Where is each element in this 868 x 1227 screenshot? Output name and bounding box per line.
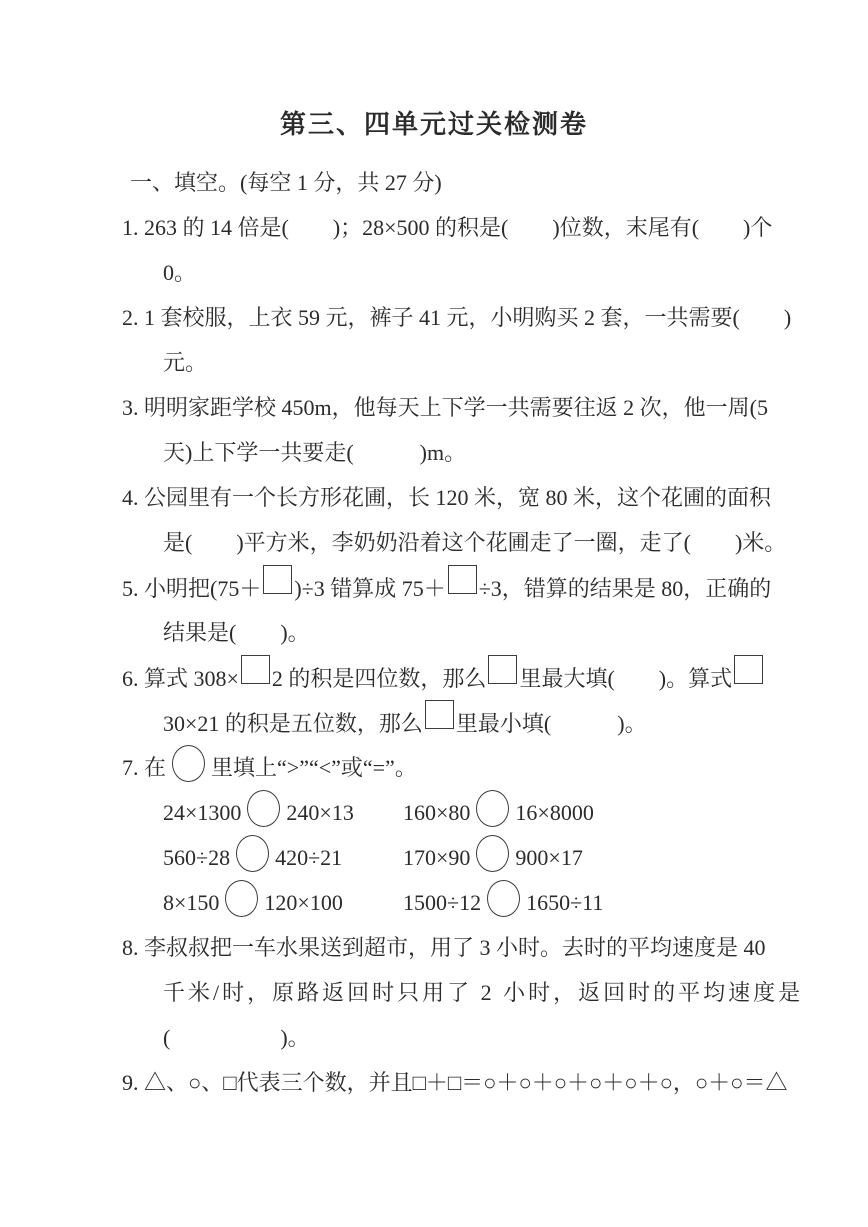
q6-line: 30×21 的积是五位数，那么里最小填( )。 xyxy=(122,700,802,745)
q7-line: 24×1300240×13160×8016×8000 xyxy=(122,790,802,835)
q3-line: 天)上下学一共要走( )m。 xyxy=(122,430,802,475)
comparison-cell: 1500÷121650÷11 xyxy=(403,880,603,925)
text-run: 千米/时，原路返回时只用了 2 小时，返回时的平均速度是 xyxy=(163,980,803,1005)
text-run: 2. 1 套校服，上衣 59 元，裤子 41 元，小明购买 2 套，一共需要( … xyxy=(122,305,791,330)
q1-line: 1. 263 的 14 倍是( )；28×500 的积是( )位数，末尾有( )… xyxy=(122,205,802,250)
text-run: 结果是( )。 xyxy=(163,620,310,645)
text-run: 里最小填( )。 xyxy=(456,711,647,736)
answer-box xyxy=(425,700,454,729)
comparison-cell: 8×150120×100 xyxy=(163,880,403,925)
q6-line: 6. 算式 308×2 的积是四位数，那么里最大填( )。算式 xyxy=(122,655,802,700)
text-run: 里最大填( )。算式 xyxy=(519,666,732,691)
q1-line: 0。 xyxy=(122,250,802,295)
q7-line: 8×150120×1001500÷121650÷11 xyxy=(122,880,802,925)
q7-line: 7. 在里填上“>”“<”或“=”。 xyxy=(122,745,802,790)
text-run: ÷3，错算的结果是 80，正确的 xyxy=(479,576,772,601)
text-run: 3. 明明家距学校 450m，他每天上下学一共需要往返 2 次，他一周(5 xyxy=(122,395,768,420)
answer-box xyxy=(263,565,292,594)
text-run: 6. 算式 308× xyxy=(122,666,239,691)
text-run: 16×8000 xyxy=(515,800,593,825)
answer-box xyxy=(241,655,270,684)
q9-line: 9. △、○、□代表三个数，并且□＋□＝○＋○＋○＋○＋○＋○，○＋○＝△ xyxy=(122,1060,802,1105)
text-run: ( )。 xyxy=(163,1025,310,1050)
text-run: 里填上“>”“<”或“=”。 xyxy=(211,755,417,780)
q8-line: 千米/时，原路返回时只用了 2 小时，返回时的平均速度是 xyxy=(122,970,802,1015)
q4-line: 是( )平方米，李奶奶沿着这个花圃走了一圈，走了( )米。 xyxy=(122,520,802,565)
q8-line: ( )。 xyxy=(122,1015,802,1060)
comparison-cell: 24×1300240×13 xyxy=(163,790,403,835)
answer-box xyxy=(448,565,477,594)
compare-circle xyxy=(476,790,509,827)
text-run: 8×150 xyxy=(163,890,219,915)
compare-circle xyxy=(476,835,509,872)
section-heading: 一、填空。(每空 1 分，共 27 分) xyxy=(122,160,802,205)
question-list: 1. 263 的 14 倍是( )；28×500 的积是( )位数，末尾有( )… xyxy=(122,205,802,1105)
comparison-cell: 560÷28420÷21 xyxy=(163,835,403,880)
text-run: 120×100 xyxy=(264,890,342,915)
q7-line: 560÷28420÷21170×90900×17 xyxy=(122,835,802,880)
text-run: 是( )平方米，李奶奶沿着这个花圃走了一圈，走了( )米。 xyxy=(163,530,786,555)
text-run: 9. △、○、□代表三个数，并且□＋□＝○＋○＋○＋○＋○＋○，○＋○＝△ xyxy=(122,1070,787,1095)
q3-line: 3. 明明家距学校 450m，他每天上下学一共需要往返 2 次，他一周(5 xyxy=(122,385,802,430)
q5-line: 结果是( )。 xyxy=(122,610,802,655)
text-run: 0。 xyxy=(163,260,196,285)
q4-line: 4. 公园里有一个长方形花圃，长 120 米，宽 80 米，这个花圃的面积 xyxy=(122,475,802,520)
text-run: 2 的积是四位数，那么 xyxy=(272,666,487,691)
q2-line: 2. 1 套校服，上衣 59 元，裤子 41 元，小明购买 2 套，一共需要( … xyxy=(122,295,802,340)
text-run: 7. 在 xyxy=(122,755,166,780)
text-run: 420÷21 xyxy=(275,845,342,870)
text-run: 560÷28 xyxy=(163,845,230,870)
comparison-cell: 160×8016×8000 xyxy=(403,790,594,835)
text-run: 30×21 的积是五位数，那么 xyxy=(163,711,423,736)
worksheet-content: 一、填空。(每空 1 分，共 27 分) 1. 263 的 14 倍是( )；2… xyxy=(122,160,802,1105)
text-run: 天)上下学一共要走( )m。 xyxy=(163,440,466,465)
answer-box xyxy=(734,655,763,684)
text-run: 4. 公园里有一个长方形花圃，长 120 米，宽 80 米，这个花圃的面积 xyxy=(122,485,771,510)
compare-circle xyxy=(487,880,520,917)
text-run: 24×1300 xyxy=(163,800,241,825)
compare-circle xyxy=(236,835,269,872)
q2-line: 元。 xyxy=(122,340,802,385)
compare-circle xyxy=(225,880,258,917)
compare-circle xyxy=(172,745,205,782)
text-run: 8. 李叔叔把一车水果送到超市，用了 3 小时。去时的平均速度是 40 xyxy=(122,935,766,960)
comparison-cell: 170×90900×17 xyxy=(403,835,583,880)
text-run: 240×13 xyxy=(286,800,353,825)
text-run: 5. 小明把(75＋ xyxy=(122,576,261,601)
worksheet-page: 第三、四单元过关检测卷 一、填空。(每空 1 分，共 27 分) 1. 263 … xyxy=(0,0,868,1227)
text-run: 170×90 xyxy=(403,845,470,870)
text-run: 1650÷11 xyxy=(526,890,603,915)
text-run: 160×80 xyxy=(403,800,470,825)
compare-circle xyxy=(247,790,280,827)
text-run: 900×17 xyxy=(515,845,582,870)
text-run: 1. 263 的 14 倍是( )；28×500 的积是( )位数，末尾有( )… xyxy=(122,215,772,240)
q8-line: 8. 李叔叔把一车水果送到超市，用了 3 小时。去时的平均速度是 40 xyxy=(122,925,802,970)
answer-box xyxy=(488,655,517,684)
text-run: 1500÷12 xyxy=(403,890,481,915)
text-run: )÷3 错算成 75＋ xyxy=(294,576,445,601)
q5-line: 5. 小明把(75＋)÷3 错算成 75＋÷3，错算的结果是 80，正确的 xyxy=(122,565,802,610)
text-run: 元。 xyxy=(163,350,207,375)
page-title: 第三、四单元过关检测卷 xyxy=(0,104,868,141)
